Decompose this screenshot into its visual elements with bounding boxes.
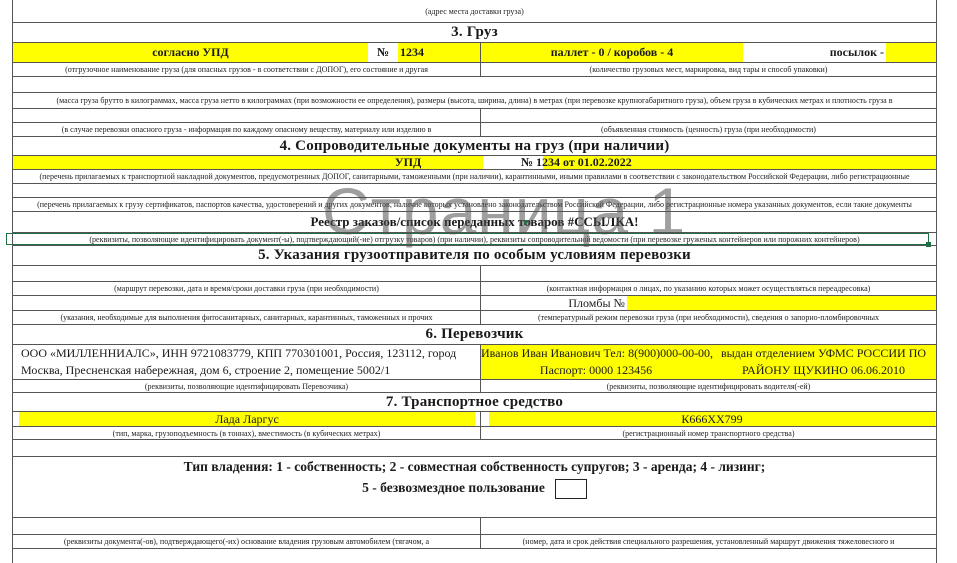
- instructions-hint: (указания, необходимые для выполнения фи…: [13, 311, 481, 324]
- seals-label: Пломбы №: [481, 296, 627, 310]
- section4-header: 4. Сопроводительные документы на груз (п…: [13, 137, 936, 156]
- carrier-row: ООО «МИЛЛЕННИАЛС», ИНН 9721083779, КПП 7…: [13, 345, 936, 380]
- seals-field[interactable]: [627, 296, 936, 310]
- vehicle-extra-row[interactable]: [13, 440, 936, 457]
- ownership-type-5: 5 - безвозмездное пользование: [362, 480, 545, 495]
- instructions-field[interactable]: [13, 296, 481, 310]
- passport-number: Паспорт: 0000 123456: [481, 362, 711, 379]
- driver-field[interactable]: Иванов Иван Иванович Тел: 8(900)000-00-0…: [481, 345, 936, 379]
- passport-issuer-1: выдан отделением УФМС РОССИИ ПО: [711, 345, 936, 362]
- section6-title: 6. Перевозчик: [13, 325, 936, 344]
- section7-header: 7. Транспортное средство: [13, 393, 936, 412]
- owner-doc-hint-row: (реквизиты документа(-ов), подтверждающе…: [13, 535, 936, 549]
- vehicle-cell: Лада Ларгус: [13, 412, 481, 426]
- parcels-label: посылок -: [743, 43, 886, 62]
- owner-doc-input-row: [13, 518, 936, 535]
- section5-title: 5. Указания грузоотправителя по особым у…: [13, 246, 936, 265]
- carrier-hint-row: (реквизиты, позволяющие идентифицировать…: [13, 380, 936, 393]
- cargo-name-hint: (отгрузочное наименование груза (для опа…: [13, 63, 481, 76]
- carrier-line-1: ООО «МИЛЛЕННИАЛС», ИНН 9721083779, КПП 7…: [21, 345, 456, 362]
- comment-indicator-icon[interactable]: [524, 220, 530, 226]
- carrier-hint: (реквизиты, позволяющие идентифицировать…: [13, 380, 481, 392]
- driver-line-1: Иванов Иван Иванович Тел: 8(900)000-00-0…: [481, 345, 936, 362]
- route-hint-row: (маршрут перевозки, дата и время/сроки д…: [13, 282, 936, 296]
- carrier-field[interactable]: ООО «МИЛЛЕННИАЛС», ИНН 9721083779, КПП 7…: [13, 345, 481, 379]
- registry-link[interactable]: Реестр заказов/список переданных товаров…: [13, 212, 936, 232]
- cargo-value-field[interactable]: [481, 109, 936, 122]
- cargo-name-field[interactable]: согласно УПД: [13, 43, 368, 62]
- section3-title: 3. Груз: [13, 23, 936, 42]
- plate-hint: (регистрационный номер транспортного сре…: [481, 427, 936, 439]
- vehicle-hint-row: (тип, марка, грузоподъемность (в тоннах)…: [13, 427, 936, 440]
- cell-selection: [6, 233, 929, 245]
- fill-handle[interactable]: [926, 242, 931, 247]
- delivery-address-hint-row: (адрес места доставки груза): [13, 0, 936, 23]
- certs-input-row[interactable]: [13, 184, 936, 198]
- cargo-value-hint: (объявленная стоимость (ценность) груза …: [481, 123, 936, 136]
- doc-type-value: УПД: [333, 156, 483, 169]
- owner-doc-hint: (реквизиты документа(-ов), подтверждающе…: [13, 535, 481, 548]
- cargo-danger-hint: (в случае перевозки опасного груза - инф…: [13, 123, 481, 136]
- ownership-type-checkbox[interactable]: [555, 479, 587, 499]
- cargo-number-label: №: [368, 43, 398, 62]
- contact-hint: (контактная информация о лицах, по указа…: [481, 282, 936, 295]
- driver-name-phone: Иванов Иван Иванович Тел: 8(900)000-00-0…: [481, 345, 711, 362]
- permit-hint: (номер, дата и срок действия специальног…: [481, 535, 936, 548]
- section3-header: 3. Груз: [13, 23, 936, 43]
- certs-hint-row: (перечень прилагаемых к грузу сертификат…: [13, 198, 936, 212]
- cargo-mass-hint-row: (масса груза брутто в килограммах, масса…: [13, 93, 936, 109]
- cargo-danger-input-row: [13, 109, 936, 123]
- waybill-sheet: (адрес места доставки груза) 3. Груз сог…: [12, 0, 937, 563]
- vehicle-hint: (тип, марка, грузоподъемность (в тоннах)…: [13, 427, 481, 439]
- driver-line-2: Паспорт: 0000 123456 РАЙОНУ ЩУКИНО 06.06…: [481, 362, 936, 379]
- certs-hint: (перечень прилагаемых к грузу сертификат…: [13, 198, 936, 211]
- doc-type-field[interactable]: УПД: [13, 156, 483, 169]
- cargo-number-field[interactable]: 1234: [398, 43, 481, 62]
- documents-list-hint: (перечень прилагаемых к транспортной нак…: [13, 170, 936, 183]
- section6-header: 6. Перевозчик: [13, 325, 936, 345]
- vehicle-field[interactable]: Лада Ларгус: [19, 412, 475, 426]
- passport-issuer-2: РАЙОНУ ЩУКИНО 06.06.2010: [711, 362, 936, 379]
- instructions-hint-row: (указания, необходимые для выполнения фи…: [13, 311, 936, 325]
- section5-header: 5. Указания грузоотправителя по особым у…: [13, 246, 936, 266]
- doc-number-field[interactable]: № 1234 от 01.02.2022: [521, 156, 936, 169]
- route-field[interactable]: [13, 266, 481, 281]
- documents-hint-row: (перечень прилагаемых к транспортной нак…: [13, 170, 936, 184]
- owner-doc-field[interactable]: [13, 518, 481, 534]
- registry-row: Реестр заказов/список переданных товаров…: [13, 212, 936, 233]
- section4-title: 4. Сопроводительные документы на груз (п…: [13, 137, 936, 155]
- ownership-line-2: 5 - безвозмездное пользование: [13, 479, 936, 499]
- ownership-block: Тип владения: 1 - собственность; 2 - сов…: [13, 457, 936, 518]
- cargo-mass-hint: (масса груза брутто в килограммах, масса…: [13, 93, 936, 108]
- cargo-danger-field[interactable]: [13, 109, 481, 122]
- cargo-mass-input-row[interactable]: [13, 77, 936, 93]
- section7-title: 7. Транспортное средство: [13, 393, 936, 411]
- cargo-row: согласно УПД № 1234 паллет - 0 / коробов…: [13, 43, 936, 63]
- route-input-row: [13, 266, 936, 282]
- driver-hint: (реквизиты, позволяющие идентифицировать…: [481, 380, 936, 392]
- plate-field[interactable]: К666ХХ799: [489, 412, 935, 426]
- permit-field[interactable]: [481, 518, 936, 534]
- contact-field[interactable]: [481, 266, 936, 281]
- route-hint: (маршрут перевозки, дата и время/сроки д…: [13, 282, 481, 295]
- documents-row: УПД № 1234 от 01.02.2022: [13, 156, 936, 170]
- cargo-hint-row: (отгрузочное наименование груза (для опа…: [13, 63, 936, 77]
- temperature-hint: (температурный режим перевозки груза (пр…: [481, 311, 936, 324]
- carrier-line-2: Москва, Пресненская набережная, дом 6, с…: [21, 362, 390, 379]
- ownership-types: Тип владения: 1 - собственность; 2 - сов…: [13, 459, 936, 475]
- parcels-field[interactable]: [886, 43, 936, 62]
- delivery-address-hint: (адрес места доставки груза): [13, 0, 936, 22]
- cargo-danger-hint-row: (в случае перевозки опасного груза - инф…: [13, 123, 936, 137]
- seals-row: Пломбы №: [13, 296, 936, 311]
- cargo-places-hint: (количество грузовых мест, маркировка, в…: [481, 63, 936, 76]
- plate-cell: К666ХХ799: [481, 412, 936, 426]
- cargo-places-field[interactable]: паллет - 0 / коробов - 4: [481, 43, 743, 62]
- vehicle-row: Лада Ларгус К666ХХ799: [13, 412, 936, 427]
